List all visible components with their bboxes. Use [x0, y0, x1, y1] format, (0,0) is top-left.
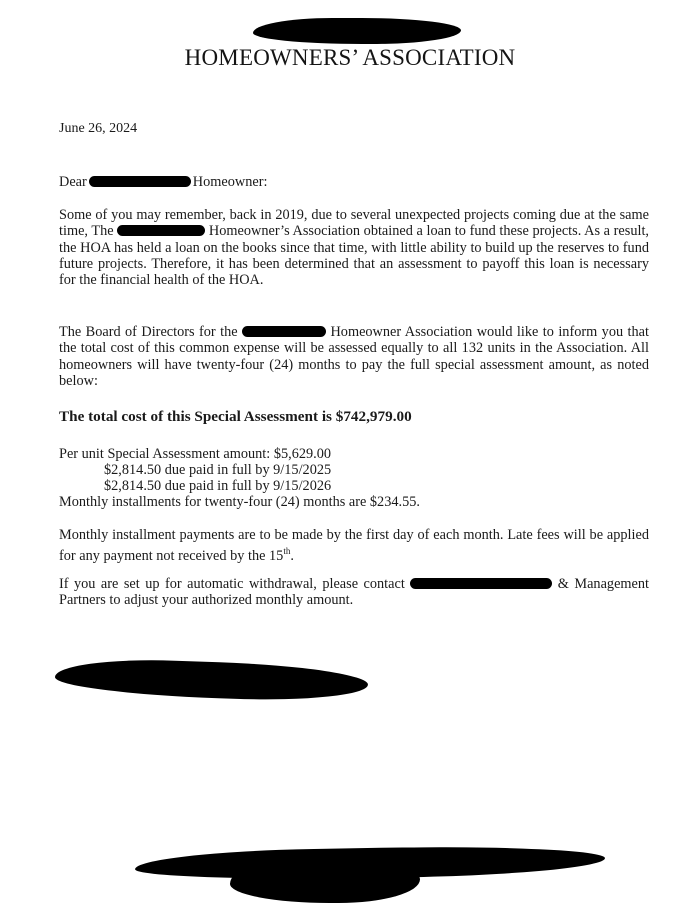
paragraph-late-fees: Monthly installment payments are to be m…	[59, 527, 649, 564]
paragraph-loan-history: Some of you may remember, back in 2019, …	[59, 207, 649, 288]
salutation: DearHomeowner:	[59, 174, 267, 191]
letter-date: June 26, 2024	[59, 121, 137, 137]
salutation-suffix: Homeowner:	[193, 174, 268, 190]
salutation-prefix: Dear	[59, 174, 87, 190]
paragraph-board-notice: The Board of Directors for the Homeowner…	[59, 324, 649, 389]
monthly-installments: Monthly installments for twenty-four (24…	[59, 494, 420, 511]
redacted-hoa-name	[117, 225, 205, 236]
paragraph-auto-withdrawal: If you are set up for automatic withdraw…	[59, 576, 649, 609]
letterhead-title: HOMEOWNERS’ ASSOCIATION	[0, 45, 700, 71]
redacted-hoa-name-2	[242, 326, 326, 337]
paragraph2-text-a: The Board of Directors for the	[59, 324, 238, 340]
redacted-signer-title	[230, 858, 420, 903]
redacted-association-name	[253, 18, 461, 44]
paragraph3-end: .	[290, 548, 294, 564]
installment-2: $2,814.50 due paid in full by 9/15/2026	[104, 478, 331, 495]
redacted-signature	[54, 657, 368, 704]
paragraph4-text-a: If you are set up for automatic withdraw…	[59, 576, 405, 592]
total-assessment-statement: The total cost of this Special Assessmen…	[59, 408, 412, 426]
installment-1: $2,814.50 due paid in full by 9/15/2025	[104, 462, 331, 479]
redacted-community-name	[89, 176, 191, 187]
per-unit-amount: Per unit Special Assessment amount: $5,6…	[59, 446, 331, 463]
redacted-management-company	[410, 578, 552, 589]
paragraph3-text: Monthly installment payments are to be m…	[59, 527, 649, 564]
